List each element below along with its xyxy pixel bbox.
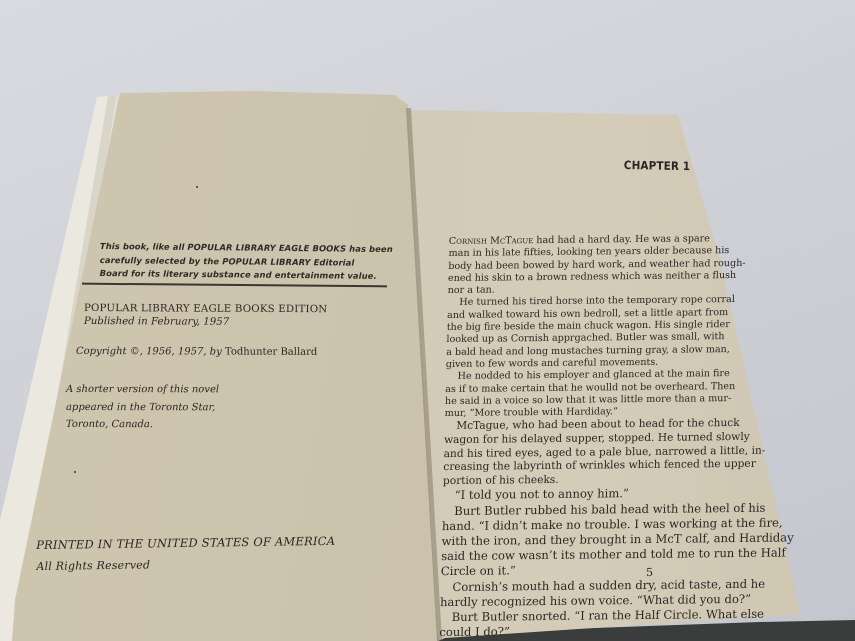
copyright-author: Todhunter Ballard (225, 347, 317, 358)
note-line: A shorter version of this novel (66, 381, 219, 399)
printed-in: PRINTED IN THE UNITED STATES OF AMERICA (36, 531, 335, 556)
rights-reserved: All Rights Reserved (36, 552, 335, 577)
printing-info: PRINTED IN THE UNITED STATES OF AMERICA … (36, 531, 336, 577)
page-number: 5 (646, 566, 653, 579)
note-line: Toronto, Canada. (66, 416, 219, 434)
note-line: appeared in the Toronto Star, (66, 398, 219, 416)
paper-speck (74, 471, 76, 473)
chapter-body: Cornish McTague had had a hard day. He w… (439, 233, 769, 641)
edition-title: POPULAR LIBRARY EAGLE BOOKS EDITION (84, 302, 327, 316)
opening-smallcaps: Cornish McTague (449, 235, 534, 247)
photo-scene: This book, like all POPULAR LIBRARY EAGL… (0, 0, 855, 641)
paper-speck (196, 186, 198, 188)
copyright-line: Copyright ©, 1956, 1957, by Todhunter Ba… (76, 346, 317, 358)
edition-info: POPULAR LIBRARY EAGLE BOOKS EDITION Publ… (84, 302, 328, 329)
publication-date: Published in February, 1957 (84, 315, 327, 329)
publisher-blurb: This book, like all POPULAR LIBRARY EAGL… (100, 240, 393, 284)
copyright-prefix: Copyright ©, 1956, 1957, by (76, 346, 222, 358)
serialization-note: A shorter version of this novel appeared… (66, 381, 219, 434)
chapter-heading: CHAPTER 1 (624, 158, 691, 173)
